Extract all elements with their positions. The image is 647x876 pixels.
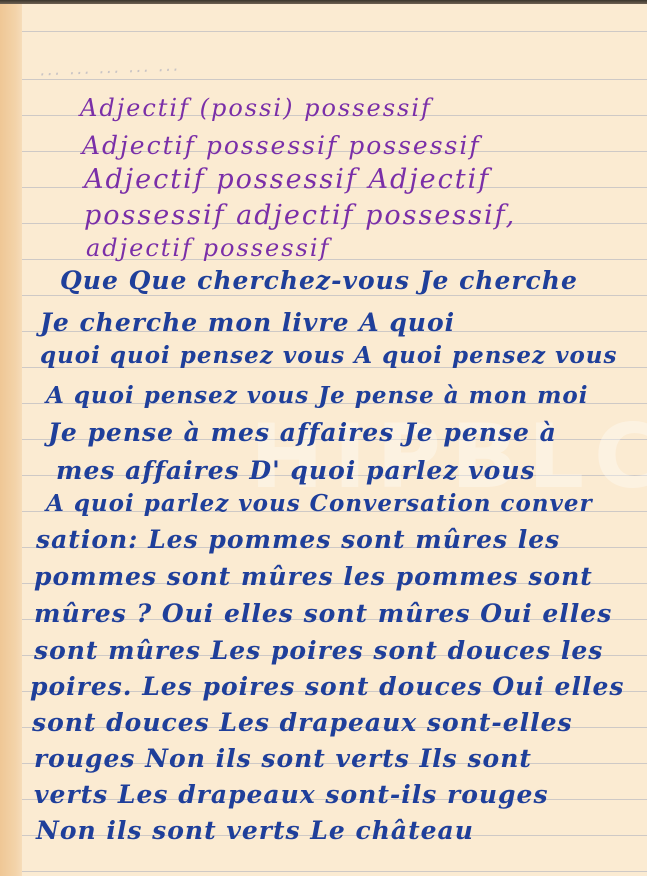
handwriting-line: mes affaires D' quoi parlez vous	[56, 458, 536, 483]
handwriting-line: Adjectif possessif possessif	[82, 133, 481, 158]
handwriting-line: Non ils sont verts Le château	[36, 818, 474, 843]
handwriting-line: quoi quoi pensez vous A quoi pensez vous	[40, 344, 617, 367]
handwriting-line: verts Les drapeaux sont-ils rouges	[34, 782, 549, 807]
handwriting-line: poires. Les poires sont douces Oui elles	[30, 674, 624, 699]
binding-edge	[0, 4, 22, 876]
handwriting-line: Adjectif possessif Adjectif	[84, 166, 490, 193]
handwriting-line: A quoi parlez vous Conversation conver	[46, 492, 593, 515]
handwriting-line: pommes sont mûres les pommes sont	[34, 564, 593, 589]
handwriting-line: sation: Les pommes sont mûres les	[36, 527, 560, 552]
handwriting-line: Je pense à mes affaires Je pense à	[48, 420, 557, 445]
handwriting-line: Je cherche mon livre A quoi	[40, 310, 455, 335]
handwriting-line: sont mûres Les poires sont douces les	[34, 638, 603, 663]
handwriting-line: possessif adjectif possessif,	[84, 202, 516, 229]
notebook-page: ... ... ... ... ... HIPBLC Adjectif (pos…	[0, 0, 647, 876]
handwriting-line: sont douces Les drapeaux sont-elles	[32, 710, 573, 735]
handwriting-line: mûres ? Oui elles sont mûres Oui elles	[34, 601, 612, 626]
handwriting-line: A quoi pensez vous Je pense à mon moi	[46, 384, 589, 407]
handwriting-line: Que Que cherchez-vous Je cherche	[60, 268, 578, 293]
handwriting-line: rouges Non ils sont verts Ils sont	[34, 746, 532, 771]
handwriting-line: adjectif possessif	[86, 236, 330, 260]
handwriting-line: Adjectif (possi) possessif	[80, 96, 432, 120]
